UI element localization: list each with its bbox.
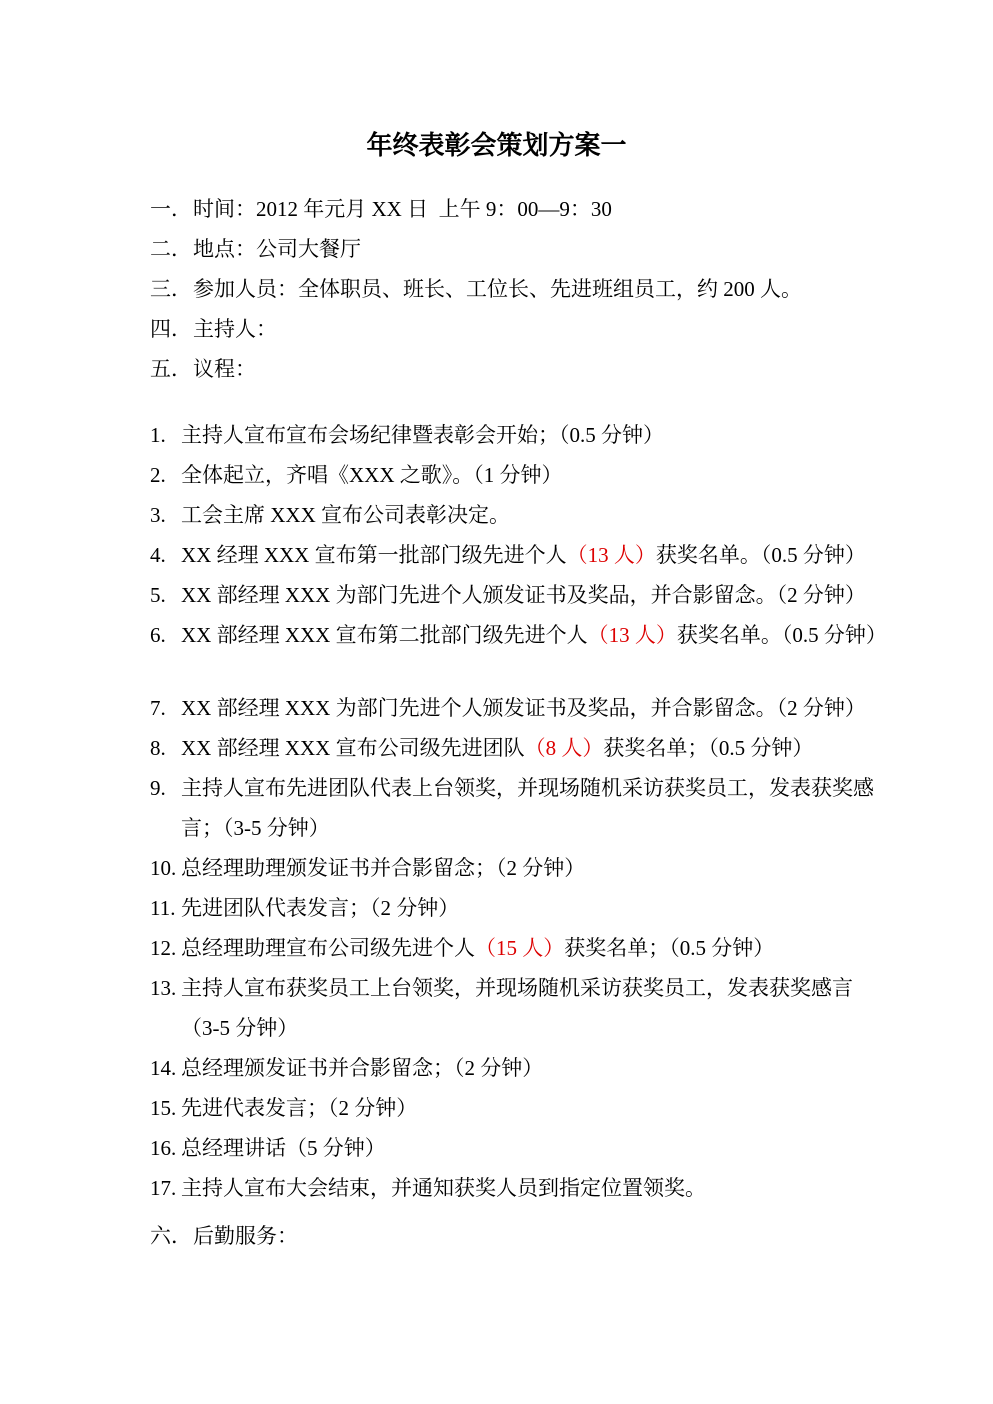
doc-line: 9.主持人宣布先进团队代表上台领奖，并现场随机采访获奖员工，发表获奖感 [150,768,938,808]
doc-line: 四．主持人： [150,309,938,349]
doc-line: 5.XX 部经理 XXX 为部门先进个人颁发证书及奖品，并合影留念。（2 分钟） [150,575,938,615]
doc-line: 16.总经理讲话（5 分钟） [150,1128,938,1168]
agenda-item: 3.工会主席 XXX 宣布公司表彰决定。 [150,495,938,535]
item-text: 先进团队代表发言；（2 分钟） [181,896,459,920]
item-number: 12. [150,928,181,968]
item-number: 16. [150,1128,181,1168]
doc-line: （3-5 分钟） [150,1008,938,1048]
item-text: 总经理讲话（5 分钟） [181,1136,386,1160]
doc-line: 2.全体起立，齐唱《XXX 之歌》。（1 分钟） [150,455,938,495]
agenda-item: 9.主持人宣布先进团队代表上台领奖，并现场随机采访获奖员工，发表获奖感言；（3-… [150,768,938,848]
item-number: 四． [150,309,193,349]
doc-line: 7.XX 部经理 XXX 为部门先进个人颁发证书及奖品，并合影留念。（2 分钟） [150,688,938,728]
item-text: 主持人： [193,317,277,341]
item-number: 五． [150,349,193,389]
item-number: 5. [150,575,181,615]
agenda-list: 1.主持人宣布宣布会场纪律暨表彰会开始；（0.5 分钟）2.全体起立，齐唱《XX… [150,415,938,1208]
item-text: XX 部经理 XXX 为部门先进个人颁发证书及奖品，并合影留念。（2 分钟） [181,696,866,720]
agenda-item: 7.XX 部经理 XXX 为部门先进个人颁发证书及奖品，并合影留念。（2 分钟） [150,688,938,728]
item-text: 地点：公司大餐厅 [193,237,361,261]
highlighted-count: （8 人） [525,736,604,760]
doc-line: 一．时间：2012 年元月 XX 日 上午 9：00—9：30 [150,189,938,229]
closing-section: 六．后勤服务： [150,1216,938,1256]
doc-line: 6.XX 部经理 XXX 宣布第二批部门级先进个人（13 人）获奖名单。（0.5… [150,615,938,655]
item-number: 14. [150,1048,181,1088]
agenda-item: 11.先进团队代表发言；（2 分钟） [150,888,938,928]
agenda-item: 5.XX 部经理 XXX 为部门先进个人颁发证书及奖品，并合影留念。（2 分钟） [150,575,938,615]
item-text: 主持人宣布大会结束，并通知获奖人员到指定位置领奖。 [181,1176,706,1200]
item-number: 二． [150,229,193,269]
item-number: 7. [150,688,181,728]
item-text: 议程： [193,357,256,381]
agenda-item: 13.主持人宣布获奖员工上台领奖，并现场随机采访获奖员工，发表获奖感言（3-5 … [150,968,938,1048]
item-number: 六． [150,1216,193,1256]
item-text: 言；（3-5 分钟） [181,816,330,840]
item-text: 全体起立，齐唱《XXX 之歌》。（1 分钟） [181,463,563,487]
highlighted-count: （15 人） [475,936,564,960]
agenda-item: 6.XX 部经理 XXX 宣布第二批部门级先进个人（13 人）获奖名单。（0.5… [150,615,938,655]
agenda-item: 4.XX 经理 XXX 宣布第一批部门级先进个人（13 人）获奖名单。（0.5 … [150,535,938,575]
doc-line: 13.主持人宣布获奖员工上台领奖，并现场随机采访获奖员工，发表获奖感言 [150,968,938,1008]
agenda-item: 2.全体起立，齐唱《XXX 之歌》。（1 分钟） [150,455,938,495]
item-text: XX 部经理 XXX 宣布公司级先进团队 [181,736,525,760]
agenda-item: 16.总经理讲话（5 分钟） [150,1128,938,1168]
item-number: 8. [150,728,181,768]
doc-line: 二．地点：公司大餐厅 [150,229,938,269]
doc-line: 12.总经理助理宣布公司级先进个人（15 人）获奖名单；（0.5 分钟） [150,928,938,968]
item-text: 时间：2012 年元月 XX 日 上午 9：00—9：30 [193,197,612,221]
agenda-item: 12.总经理助理宣布公司级先进个人（15 人）获奖名单；（0.5 分钟） [150,928,938,968]
agenda-item: 10.总经理助理颁发证书并合影留念；（2 分钟） [150,848,938,888]
item-text: 获奖名单。（0.5 分钟） [677,623,887,647]
item-text: 总经理颁发证书并合影留念；（2 分钟） [181,1056,543,1080]
item-number: 2. [150,455,181,495]
highlighted-count: （13 人） [567,543,656,567]
item-text: 工会主席 XXX 宣布公司表彰决定。 [181,503,510,527]
item-text: 先进代表发言；（2 分钟） [181,1096,417,1120]
doc-line: 3.工会主席 XXX 宣布公司表彰决定。 [150,495,938,535]
item-text: XX 经理 XXX 宣布第一批部门级先进个人 [181,543,567,567]
item-number: 6. [150,615,181,655]
doc-line: 三．参加人员：全体职员、班长、工位长、先进班组员工，约 200 人。 [150,269,938,309]
item-text: 获奖名单。（0.5 分钟） [656,543,866,567]
item-number: 三． [150,269,193,309]
doc-line: 1.主持人宣布宣布会场纪律暨表彰会开始；（0.5 分钟） [150,415,938,455]
doc-line: 14.总经理颁发证书并合影留念；（2 分钟） [150,1048,938,1088]
item-text: 主持人宣布宣布会场纪律暨表彰会开始；（0.5 分钟） [181,423,664,447]
item-text: 获奖名单；（0.5 分钟） [564,936,774,960]
doc-line: 言；（3-5 分钟） [150,808,938,848]
highlighted-count: （13 人） [588,623,677,647]
item-text: 主持人宣布先进团队代表上台领奖，并现场随机采访获奖员工，发表获奖感 [181,776,874,800]
item-text: 总经理助理颁发证书并合影留念；（2 分钟） [181,856,585,880]
item-number: 17. [150,1168,181,1208]
doc-line: 五．议程： [150,349,938,389]
item-text: XX 部经理 XXX 宣布第二批部门级先进个人 [181,623,588,647]
doc-line: 4.XX 经理 XXX 宣布第一批部门级先进个人（13 人）获奖名单。（0.5 … [150,535,938,575]
item-number: 13. [150,968,181,1008]
doc-line: 10.总经理助理颁发证书并合影留念；（2 分钟） [150,848,938,888]
document-page: 年终表彰会策划方案一 一．时间：2012 年元月 XX 日 上午 9：00—9：… [0,0,993,1404]
agenda-item: 1.主持人宣布宣布会场纪律暨表彰会开始；（0.5 分钟） [150,415,938,455]
agenda-item: 15.先进代表发言；（2 分钟） [150,1088,938,1128]
document-body: 一．时间：2012 年元月 XX 日 上午 9：00—9：30二．地点：公司大餐… [0,189,993,1256]
item-text: 总经理助理宣布公司级先进个人 [181,936,475,960]
item-text: XX 部经理 XXX 为部门先进个人颁发证书及奖品，并合影留念。（2 分钟） [181,583,866,607]
item-number: 一． [150,189,193,229]
item-number: 10. [150,848,181,888]
item-number: 3. [150,495,181,535]
item-number: 9. [150,768,181,808]
item-number: 11. [150,888,181,928]
item-number: 4. [150,535,181,575]
item-text: （3-5 分钟） [181,1016,298,1040]
agenda-item: 8.XX 部经理 XXX 宣布公司级先进团队（8 人）获奖名单；（0.5 分钟） [150,728,938,768]
doc-line: 17.主持人宣布大会结束，并通知获奖人员到指定位置领奖。 [150,1168,938,1208]
doc-line: 11.先进团队代表发言；（2 分钟） [150,888,938,928]
agenda-item: 17.主持人宣布大会结束，并通知获奖人员到指定位置领奖。 [150,1168,938,1208]
section-list: 一．时间：2012 年元月 XX 日 上午 9：00—9：30二．地点：公司大餐… [150,189,938,389]
item-text: 后勤服务： [193,1224,298,1248]
agenda-item: 14.总经理颁发证书并合影留念；（2 分钟） [150,1048,938,1088]
item-text: 获奖名单；（0.5 分钟） [603,736,813,760]
item-text: 参加人员：全体职员、班长、工位长、先进班组员工，约 200 人。 [193,277,802,301]
doc-line: 15.先进代表发言；（2 分钟） [150,1088,938,1128]
doc-line: 8.XX 部经理 XXX 宣布公司级先进团队（8 人）获奖名单；（0.5 分钟） [150,728,938,768]
item-text: 主持人宣布获奖员工上台领奖，并现场随机采访获奖员工，发表获奖感言 [181,976,853,1000]
document-title: 年终表彰会策划方案一 [0,0,993,166]
doc-line: 六．后勤服务： [150,1216,938,1256]
item-number: 1. [150,415,181,455]
item-number: 15. [150,1088,181,1128]
